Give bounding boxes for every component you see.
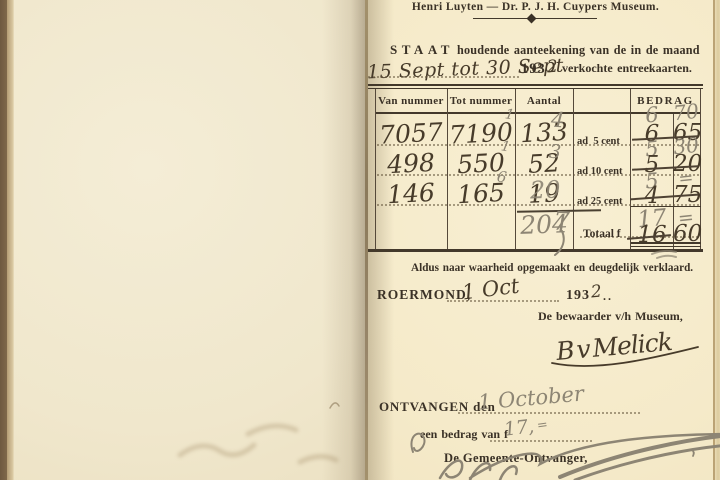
cell-aantal-2-correction: 3	[548, 143, 561, 163]
scanned-register-page: Henri Luyten — Dr. P. J. H. Cuypers Muse…	[0, 0, 720, 480]
declaration-line: Aldus naar waarheid opgemaakt en deugdel…	[411, 262, 693, 274]
cell-aantal-3-correction: 20	[530, 177, 561, 202]
year-printed: 193	[566, 288, 590, 303]
receiver-label: De Gemeente-Ontvanger,	[444, 452, 588, 466]
cell-van-1: 7057	[374, 119, 447, 148]
right-page-edge-stack	[715, 0, 720, 480]
keeper-label: De bewaarder v/h Museum,	[538, 310, 683, 323]
cell-van-3: 146	[374, 179, 447, 208]
title-staat: STAAT	[390, 43, 454, 57]
aantal-sum-correction: 7	[552, 209, 570, 236]
title-line1-rest: houdende aanteekening van de in de maand	[457, 44, 700, 57]
left-page-gutter-shadow	[322, 0, 366, 480]
amount-pencil-sup: =	[536, 418, 549, 432]
year-trailer-dots: ..	[603, 290, 613, 303]
cell-aantal-1-correction: 4	[550, 110, 565, 132]
amount-pencil: 17,	[503, 417, 535, 440]
table-top-rule-1	[368, 84, 703, 86]
title-year-printed: 193	[521, 62, 546, 78]
cell-van-2: 498	[374, 149, 447, 178]
table-bottom-rule	[368, 249, 703, 252]
book-left-edge-paper	[7, 0, 14, 480]
cell-aantal-2: 52	[514, 149, 573, 177]
title-year-handwritten: 2	[546, 59, 558, 77]
table-top-rule-2	[368, 88, 703, 89]
col-header-van: Van nummer	[375, 95, 447, 107]
cell-tot-3-correction: 6	[496, 169, 508, 185]
museum-header: Henri Luyten — Dr. P. J. H. Cuypers Muse…	[368, 1, 703, 14]
total-ink-c: 60	[673, 223, 701, 246]
rate-label-3: ad 25 cent	[577, 196, 623, 208]
rate-label-2: ad 10 cent	[577, 166, 623, 178]
left-page	[0, 0, 368, 480]
total-label: Totaal f	[583, 228, 621, 241]
rate-label-1: ad 5 cent	[577, 136, 620, 148]
title-line2-rest: verkochte entreekaarten.	[562, 62, 692, 75]
cell-aantal-1: 133	[514, 118, 573, 146]
title-period-dotted-line	[368, 76, 519, 78]
col-header-tot: Tot nummer	[447, 95, 515, 107]
col-header-aantal: Aantal	[515, 95, 573, 107]
year-handwritten: 2	[590, 284, 602, 302]
book-left-edge	[0, 0, 7, 480]
